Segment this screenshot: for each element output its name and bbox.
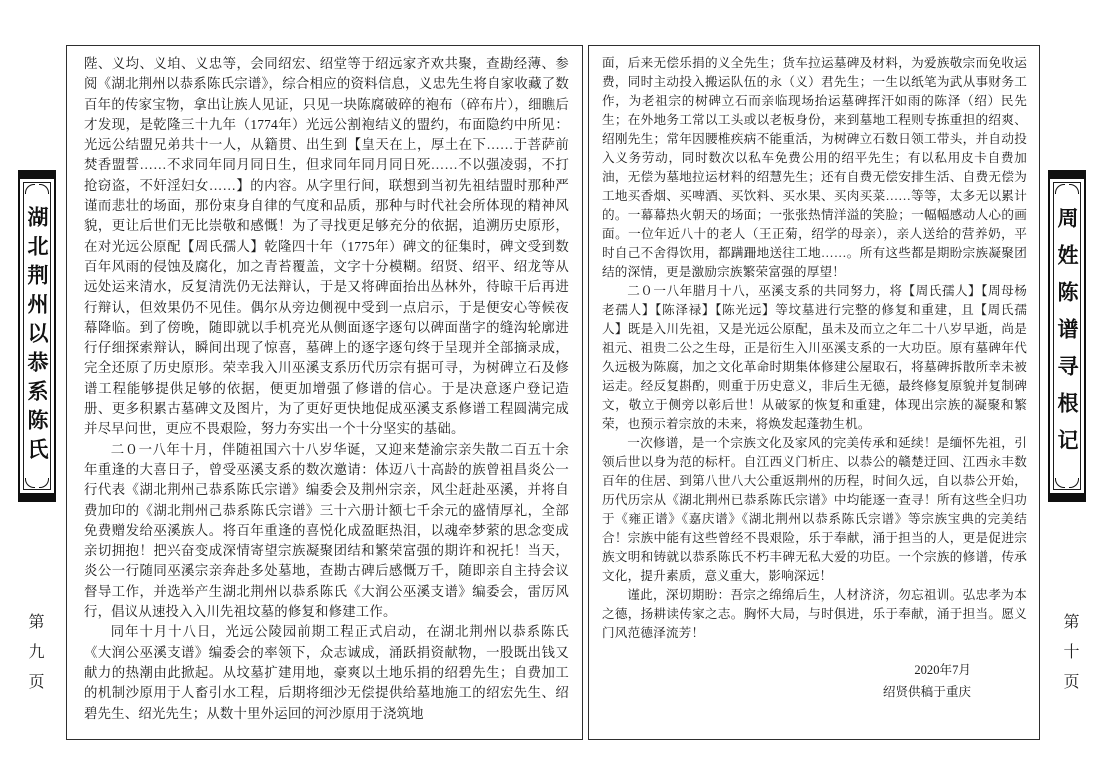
- chapter-title-vertical: 周姓陈谱寻根记: [1052, 207, 1082, 466]
- paragraph: 面，后来无偿乐捐的义全先生；货车拉运墓碑及材料，为爱族敬宗而免收运费，同时主动投…: [602, 54, 1027, 282]
- paragraph: 陛、义均、义垍、义忠等，会同绍宏、绍堂等于绍远家齐欢共聚，查勘经薄、参阅《湖北荆…: [84, 54, 569, 440]
- corner-flourish-icon: [25, 478, 35, 488]
- left-page: 陛、义均、义垍、义忠等，会同绍宏、绍堂等于绍远家齐欢共聚，查勘经薄、参阅《湖北荆…: [66, 45, 583, 740]
- left-page-number: 第九页: [23, 613, 46, 703]
- right-page-paragraphs: 面，后来无偿乐捐的义全先生；货车拉运墓碑及材料，为爱族敬宗而免收运费，同时主动投…: [602, 54, 1027, 643]
- right-page-number: 第十页: [1058, 613, 1081, 703]
- paragraph: 二０一八年十月，伴随祖国六十八岁华诞，又迎来楚渝宗亲失散二百五十余年重逢的大喜日…: [84, 440, 569, 623]
- right-sidebar-plaque: 周姓陈谱寻根记: [1048, 170, 1086, 502]
- paragraph: 二０一八年腊月十八，巫溪支系的共同努力，将【周氏孺人】【周母杨老孺人】【陈泽禄】…: [602, 282, 1027, 434]
- book-title-vertical: 湖北荆州以恭系陈氏: [22, 206, 52, 467]
- paragraph: 谨此，深切期盼：吾宗之绵绵后生，人材济济，勿忘祖训。弘忠孝为本之德，扬耕读传家之…: [602, 586, 1027, 643]
- corner-flourish-icon: [1069, 478, 1079, 488]
- right-page: 面，后来无偿乐捐的义全先生；货车拉运墓碑及材料，为爱族敬宗而免收运费，同时主动投…: [588, 45, 1040, 740]
- signature-date: 2020年7月: [602, 659, 971, 681]
- signature-block: 2020年7月 绍贤供稿于重庆: [602, 659, 1027, 703]
- right-page-text: 面，后来无偿乐捐的义全先生；货车拉运墓碑及材料，为爱族敬宗而免收运费，同时主动投…: [589, 46, 1039, 739]
- corner-flourish-icon: [39, 184, 49, 194]
- corner-flourish-icon: [1069, 184, 1079, 194]
- corner-flourish-icon: [1055, 184, 1065, 194]
- signature-byline: 绍贤供稿于重庆: [602, 681, 971, 703]
- plaque-frame: 湖北荆州以恭系陈氏: [23, 182, 51, 490]
- left-sidebar-plaque: 湖北荆州以恭系陈氏: [18, 170, 56, 502]
- corner-flourish-icon: [39, 478, 49, 488]
- plaque-frame: 周姓陈谱寻根记: [1053, 182, 1081, 490]
- corner-flourish-icon: [1055, 478, 1065, 488]
- left-page-text: 陛、义均、义垍、义忠等，会同绍宏、绍堂等于绍远家齐欢共聚，查勘经薄、参阅《湖北荆…: [67, 46, 582, 739]
- paragraph: 同年十月十八日，光远公陵园前期工程正式启动，在湖北荆州以恭系陈氏《大润公巫溪支谱…: [84, 622, 569, 723]
- genealogy-book-spread: { "left_page": { "sidebar_title": "湖北荆州以…: [0, 0, 1104, 767]
- corner-flourish-icon: [25, 184, 35, 194]
- paragraph: 一次修谱，是一个宗族文化及家风的完美传承和延续！是缅怀先祖，引领后世以身为范的标…: [602, 434, 1027, 586]
